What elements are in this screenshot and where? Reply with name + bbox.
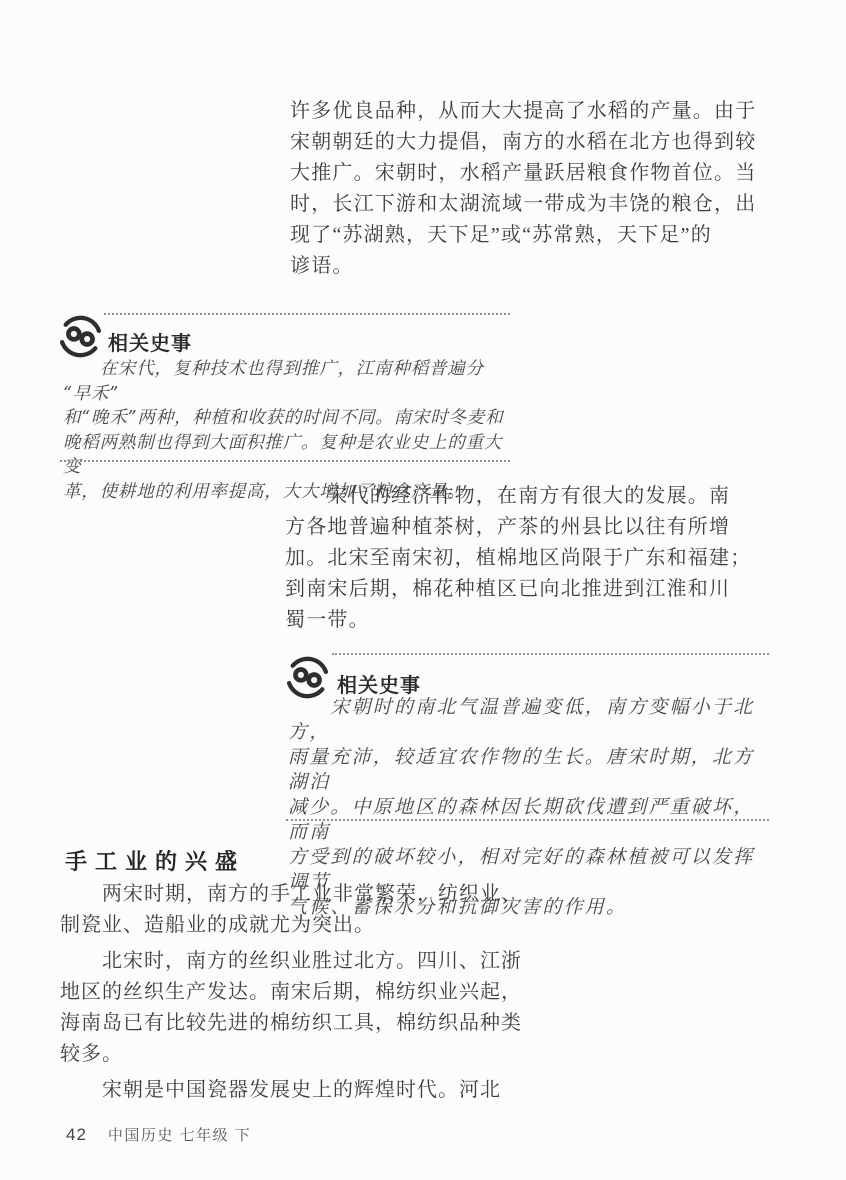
dotted-rule-bottom — [286, 819, 769, 821]
body-paragraph-rice: 许多优良品种，从而大大提高了水稻的产量。由于 宋朝朝廷的大力提倡，南方的水稻在北… — [290, 96, 776, 282]
section-heading-handicraft: 手工业的兴盛 — [65, 845, 245, 876]
page-footer: 42 中国历史 七年级 下 — [66, 1124, 251, 1145]
page-number: 42 — [66, 1125, 87, 1145]
section-body: 两宋时期，南方的手工业非常繁荣，纺织业、 制瓷业、造船业的成就尤为突出。 北宋时… — [60, 879, 522, 1111]
body-paragraph-crops: 宋代的经济作物，在南方有很大的发展。南 方各地普遍种植茶树，产茶的州县比以往有所… — [285, 481, 775, 636]
body-paragraph-handicraft-overview: 两宋时期，南方的手工业非常繁荣，纺织业、 制瓷业、造船业的成就尤为突出。 — [60, 879, 522, 941]
dotted-rule-top — [332, 653, 769, 655]
related-history-box-1: 相关史事 在宋代，复种技术也得到推广，江南种稻普遍分“早禾” 和“晚禾”两种，种… — [60, 310, 510, 465]
body-paragraph-textile: 北宋时，南方的丝织业胜过北方。四川、江浙 地区的丝织生产发达。南宋后期，棉纺织业… — [60, 946, 522, 1070]
dotted-rule-bottom — [60, 460, 510, 462]
related-history-title: 相关史事 — [108, 327, 192, 356]
related-history-title: 相关史事 — [337, 669, 421, 698]
body-paragraph-porcelain: 宋朝是中国瓷器发展史上的辉煌时代。河北 — [60, 1075, 522, 1106]
textbook-page: 许多优良品种，从而大大提高了水稻的产量。由于 宋朝朝廷的大力提倡，南方的水稻在北… — [0, 0, 846, 1180]
dotted-rule-top — [104, 313, 510, 315]
related-history-box-2: 相关史事 宋朝时的南北气温普遍变低，南方变幅小于北方， 雨量充沛，较适宜农作物的… — [286, 650, 769, 822]
book-title: 中国历史 七年级 下 — [108, 1124, 251, 1145]
